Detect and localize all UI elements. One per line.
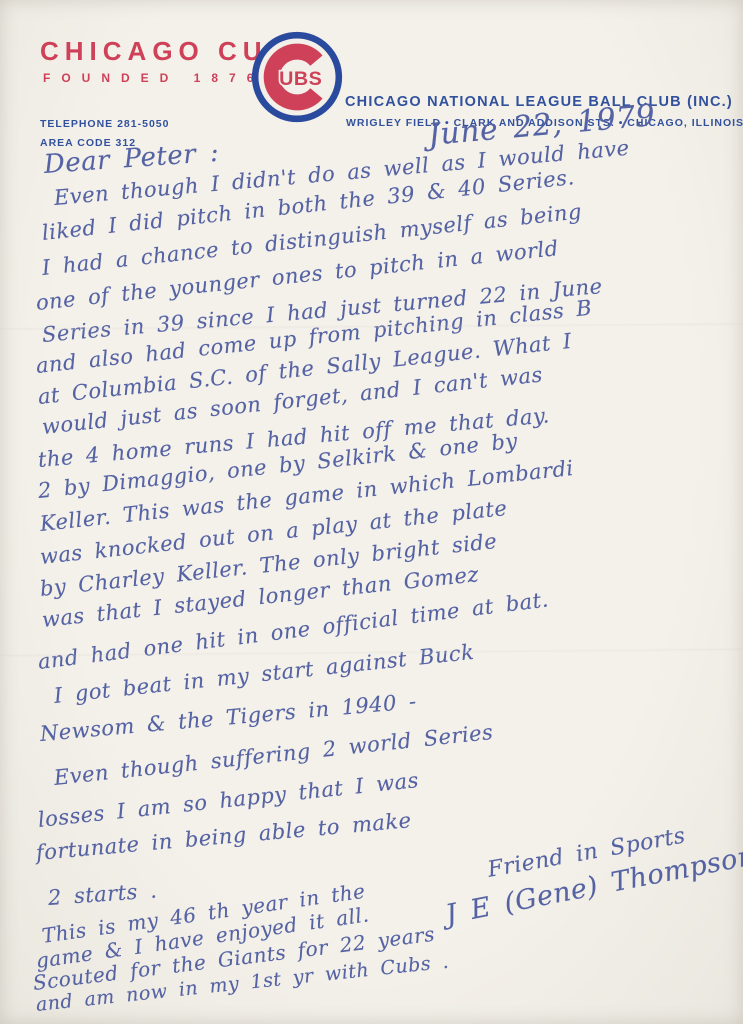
letter-line: 2 starts . bbox=[47, 878, 158, 910]
logo-letters: UBS bbox=[279, 68, 322, 90]
telephone: TELEPHONE 281-5050 bbox=[40, 118, 169, 130]
cubs-logo-icon: UBS bbox=[250, 30, 344, 124]
founded-text: FOUNDED 1876 bbox=[43, 71, 264, 85]
letter-page: CHICAGO CUBS FOUNDED 1876 UBS CHICAGO NA… bbox=[0, 0, 743, 1024]
